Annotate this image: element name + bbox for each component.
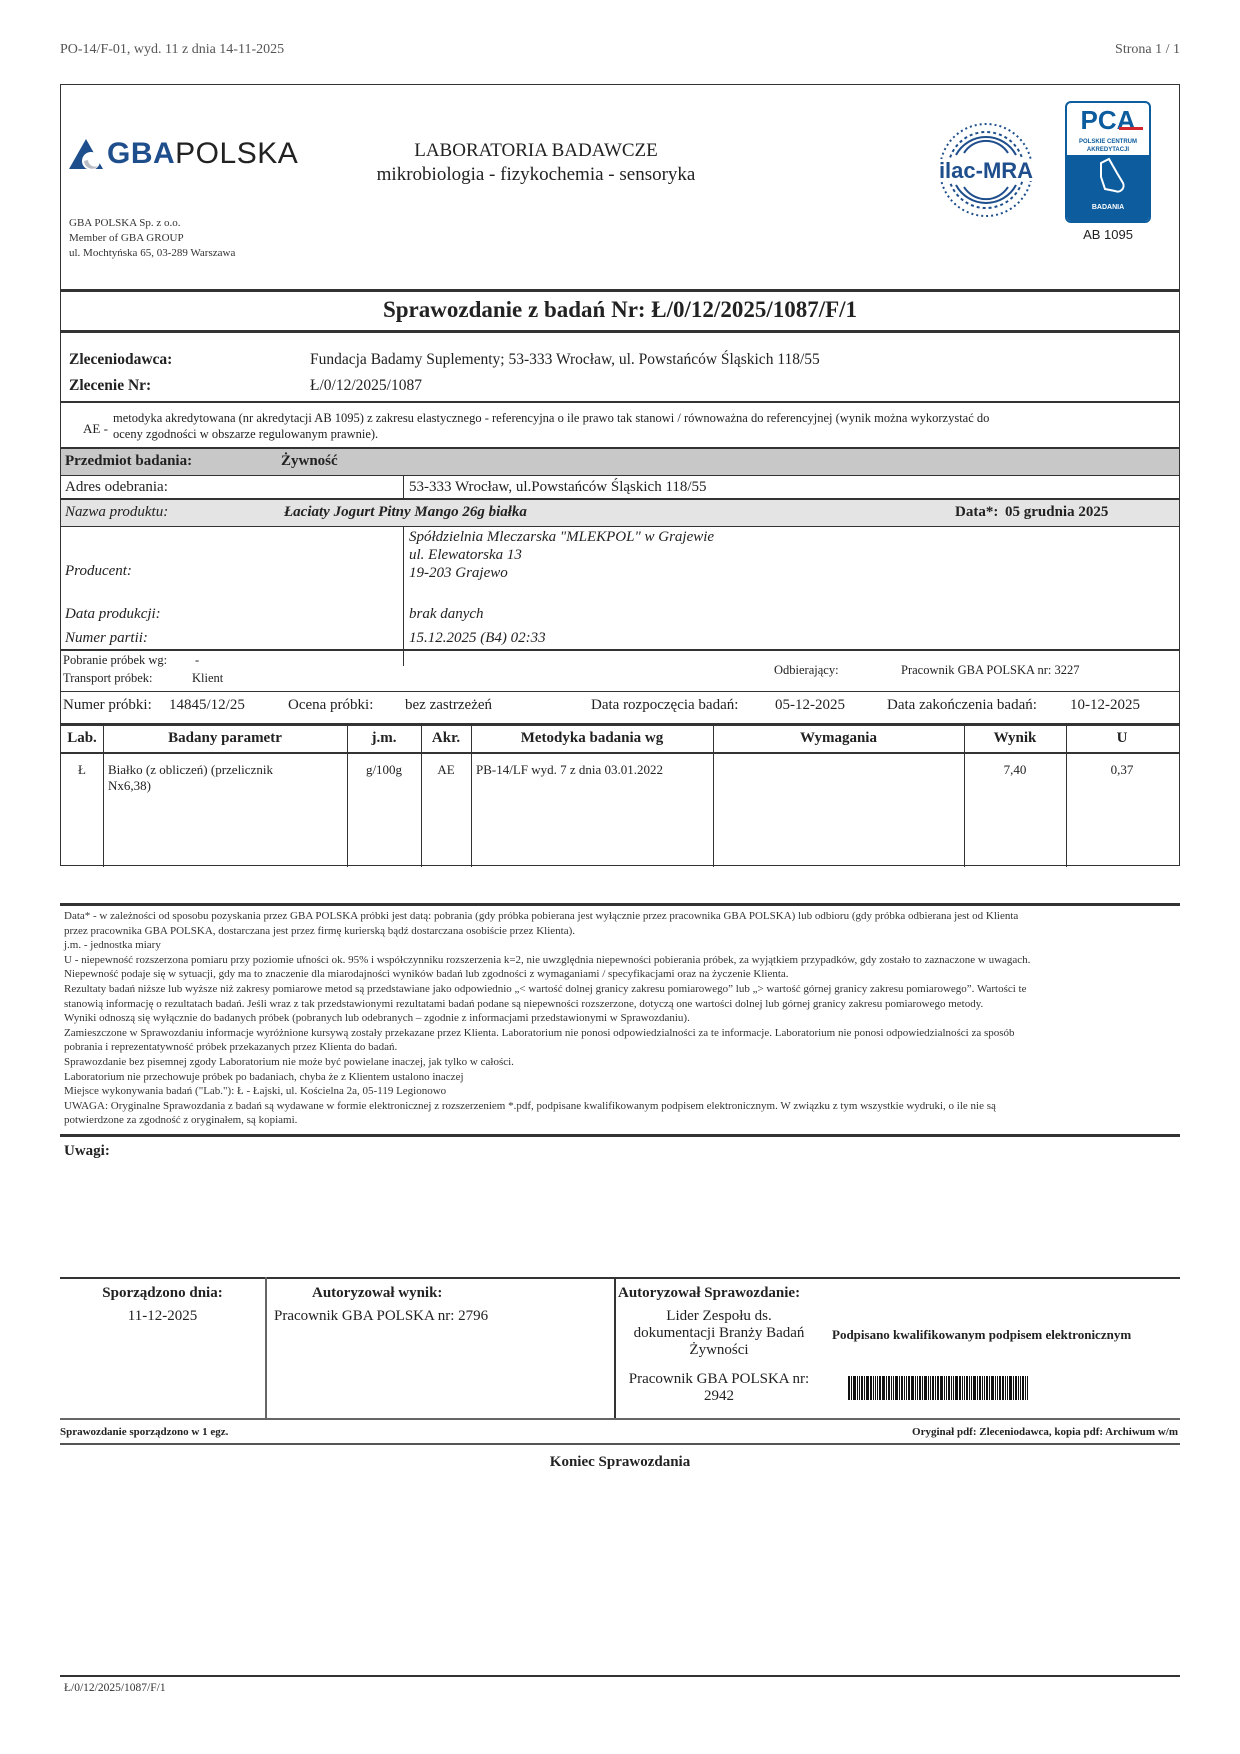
auth-report-role: Lider Zespołu ds. dokumentacji Branży Ba… xyxy=(614,1308,824,1359)
legal-notes: Data* - w zależności od sposobu pozyskan… xyxy=(64,909,1179,1128)
address-value: 53-333 Wrocław, ul.Powstańców Śląskich 1… xyxy=(409,479,707,496)
cell-parameter: Białko (z obliczeń) (przelicznik xyxy=(103,762,347,778)
ilac-mra-logo: ilac-MRA xyxy=(931,120,1041,220)
auth-report-role-line-1: Lider Zespołu ds. xyxy=(614,1308,824,1325)
page-info: Strona 1 / 1 xyxy=(1115,42,1180,58)
legal-note: UWAGA: Oryginalne Sprawozdania z badań s… xyxy=(64,1099,1179,1114)
logo-light: POLSKA xyxy=(175,137,298,171)
producer-line-1: Spółdzielnia Mleczarska "MLEKPOL" w Graj… xyxy=(409,529,714,546)
receiver-value: Pracownik GBA POLSKA nr: 3227 xyxy=(901,663,1079,678)
pca-line1: POLSKIE CENTRUM xyxy=(1067,138,1149,146)
remarks-label: Uwagi: xyxy=(64,1143,110,1160)
legal-note: U - niepewność rozszerzona pomiaru przy … xyxy=(64,953,1179,968)
company-logo: GBA POLSKA xyxy=(69,137,298,171)
auth-report-label: Autoryzował Sprawozdanie: xyxy=(618,1285,800,1302)
sampling-value: - xyxy=(195,653,199,668)
transport-label: Transport próbek: xyxy=(63,671,152,686)
form-id: PO-14/F-01, wyd. 11 z dnia 14-11-2025 xyxy=(60,42,284,58)
legal-note: przez pracownika GBA POLSKA, dostarczana… xyxy=(64,924,1179,939)
product-value: Łaciaty Jogurt Pitny Mango 26g białka xyxy=(284,504,527,521)
legal-note: Niepewność podaje się w sytuacji, gdy ma… xyxy=(64,967,1179,982)
distribution-note: Oryginał pdf: Zleceniodawca, kopia pdf: … xyxy=(912,1426,1178,1438)
lab-subtitle: mikrobiologia - fizykochemia - sensoryka xyxy=(316,164,756,186)
pca-red-bar xyxy=(1119,127,1143,130)
cell-unit: g/100g xyxy=(347,762,421,778)
footer-report-id: Ł/0/12/2025/1087/F/1 xyxy=(64,1682,166,1694)
pca-label: PCA xyxy=(1067,105,1149,136)
product-label: Nazwa produktu: xyxy=(65,504,168,521)
subject-label: Przedmiot badania: xyxy=(65,453,192,470)
column-header: j.m. xyxy=(347,730,421,747)
end-date-value: 10-12-2025 xyxy=(1070,697,1140,714)
producer-line-3: 19-203 Grajewo xyxy=(409,565,508,582)
cell-parameter-line-2: Nx6,38) xyxy=(108,778,151,794)
legal-note: Miejsce wykonywania badań ("Lab."): Ł - … xyxy=(64,1084,1179,1099)
copies-note: Sprawozdanie sporządzono w 1 egz. xyxy=(60,1426,228,1438)
ae-prefix: AE - xyxy=(83,421,108,437)
cell-result: 7,40 xyxy=(964,762,1066,778)
auth-report-employee-line-1: Pracownik GBA POLSKA nr: xyxy=(614,1371,824,1388)
batch-label: Numer partii: xyxy=(65,630,148,647)
legal-note: Wyniki odnoszą się wyłącznie do badanych… xyxy=(64,1011,1179,1026)
company-member: Member of GBA GROUP xyxy=(69,232,184,244)
producer-line-2: ul. Elewatorska 13 xyxy=(409,547,522,564)
pca-blue-panel: BADANIA xyxy=(1067,155,1149,221)
sample-eval-label: Ocena próbki: xyxy=(288,697,373,714)
auth-report-employee: Pracownik GBA POLSKA nr: 2942 xyxy=(614,1371,824,1405)
legal-note: Zamieszczone w Sprawozdaniu informacje w… xyxy=(64,1026,1179,1041)
order-value: Ł/0/12/2025/1087 xyxy=(310,377,422,395)
subject-row xyxy=(61,449,1179,475)
sample-date-label: Data*: xyxy=(955,504,998,521)
column-header: Wymagania xyxy=(713,730,964,747)
column-header: Metodyka badania wg xyxy=(471,730,713,747)
prepared-value: 11-12-2025 xyxy=(60,1308,265,1325)
legal-note: j.m. - jednostka miary xyxy=(64,938,1179,953)
company-name: GBA POLSKA Sp. z o.o. xyxy=(69,217,181,229)
start-date-value: 05-12-2025 xyxy=(775,697,845,714)
address-label: Adres odebrania: xyxy=(65,479,168,496)
production-date-label: Data produkcji: xyxy=(65,606,161,623)
transport-value: Klient xyxy=(192,671,223,686)
prepared-label: Sporządzono dnia: xyxy=(60,1285,265,1302)
accreditation-number: AB 1095 xyxy=(1065,227,1151,242)
batch-value: 15.12.2025 (B4) 02:33 xyxy=(409,630,546,647)
sample-eval-value: bez zastrzeżeń xyxy=(405,697,492,714)
column-header: Lab. xyxy=(61,730,103,747)
end-of-report: Koniec Sprawozdania xyxy=(0,1454,1240,1471)
auth-report-role-line-2: dokumentacji Branży Badań xyxy=(614,1325,824,1342)
cell-method: PB-14/LF wyd. 7 z dnia 03.01.2022 xyxy=(471,762,713,778)
ae-line1: metodyka akredytowana (nr akredytacji AB… xyxy=(113,411,989,426)
producer-label: Producent: xyxy=(65,563,132,580)
results-table: Lab.Badany parametrj.m.Akr.Metodyka bada… xyxy=(61,726,1179,867)
legal-note: potwierdzone za zgodność z oryginałem, s… xyxy=(64,1113,1179,1128)
sampling-label: Pobranie próbek wg: xyxy=(63,653,167,668)
ilac-seal-icon: ilac-MRA xyxy=(931,120,1041,220)
subject-value: Żywność xyxy=(281,453,338,470)
lab-title: LABORATORIA BADAWCZE xyxy=(371,140,701,162)
e-signature-note: Podpisano kwalifikowanym podpisem elektr… xyxy=(832,1327,1131,1343)
pca-line2: AKREDYTACJI xyxy=(1067,146,1149,154)
legal-note: Sprawozdanie bez pisemnej zgody Laborato… xyxy=(64,1055,1179,1070)
column-header: Badany parametr xyxy=(103,730,347,747)
ae-line2: oceny zgodności w obszarze regulowanym p… xyxy=(113,427,378,442)
client-value: Fundacja Badamy Suplementy; 53-333 Wrocł… xyxy=(310,351,820,369)
pca-logo: PCA POLSKIE CENTRUM AKREDYTACJI BADANIA xyxy=(1065,101,1151,223)
legal-note: Data* - w zależności od sposobu pozyskan… xyxy=(64,909,1179,924)
company-address: ul. Mochtyńska 65, 03-289 Warszawa xyxy=(69,247,235,259)
flask-icon xyxy=(1067,155,1151,199)
sample-date-value: 05 grudnia 2025 xyxy=(1005,504,1108,521)
report-frame: GBA POLSKA LABORATORIA BADAWCZE mikrobio… xyxy=(60,84,1180,866)
end-date-label: Data zakończenia badań: xyxy=(887,697,1037,714)
cell-accr: AE xyxy=(421,762,471,778)
auth-result-label: Autoryzował wynik: xyxy=(270,1285,652,1302)
auth-report-role-line-3: Żywności xyxy=(614,1342,824,1359)
gba-logo-icon xyxy=(69,139,103,169)
signature-barcode xyxy=(848,1376,1029,1400)
column-header: Akr. xyxy=(421,730,471,747)
production-date-value: brak danych xyxy=(409,606,484,623)
cell-uncertainty: 0,37 xyxy=(1066,762,1178,778)
cell-lab: Ł xyxy=(61,762,103,778)
order-label: Zlecenie Nr: xyxy=(69,377,151,395)
auth-result-value: Pracownik GBA POLSKA nr: 2796 xyxy=(274,1308,488,1325)
svg-text:ilac-MRA: ilac-MRA xyxy=(939,158,1033,183)
auth-report-employee-line-2: 2942 xyxy=(614,1388,824,1405)
receiver-label: Odbierający: xyxy=(774,663,839,678)
column-header: U xyxy=(1066,730,1178,747)
column-header: Wynik xyxy=(964,730,1066,747)
client-label: Zleceniodawca: xyxy=(69,351,172,369)
legal-note: Rezultaty badań niższe lub wyższe niż za… xyxy=(64,982,1179,997)
logo-bold: GBA xyxy=(107,137,175,171)
legal-note: stanowią informację o rezultatach badań.… xyxy=(64,997,1179,1012)
sample-number-label: Numer próbki: xyxy=(63,697,152,714)
legal-note: Laboratorium nie przechowuje próbek po b… xyxy=(64,1070,1179,1085)
report-title: Sprawozdanie z badań Nr: Ł/0/12/2025/108… xyxy=(61,297,1179,323)
start-date-label: Data rozpoczęcia badań: xyxy=(591,697,738,714)
pca-badge: BADANIA xyxy=(1067,204,1149,211)
legal-note: pobrania i reprezentatywność próbek prze… xyxy=(64,1040,1179,1055)
sample-number-value: 14845/12/25 xyxy=(169,697,245,714)
